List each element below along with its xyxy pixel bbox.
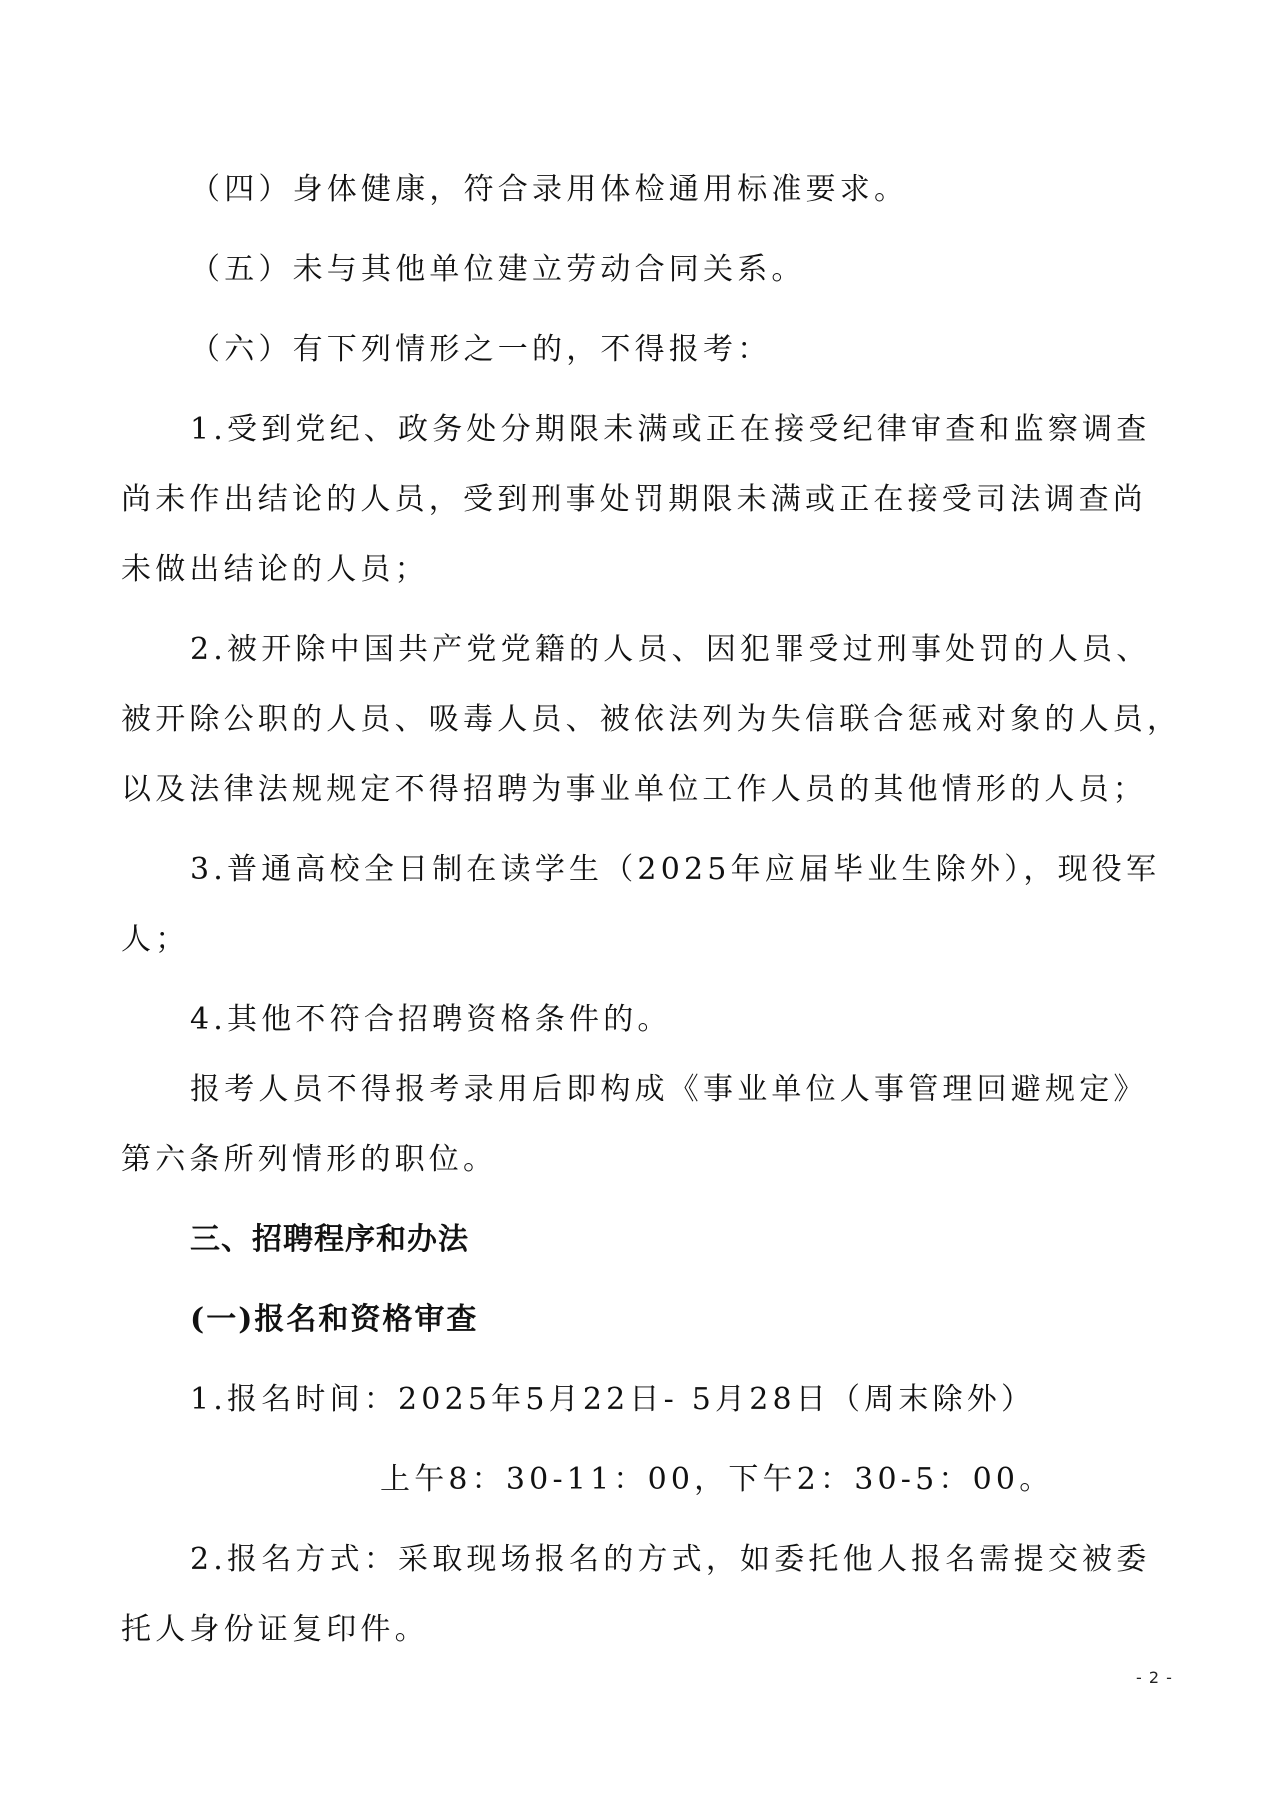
list-item-2-line-1: 2.被开除中国共产党党籍的人员、因犯罪受过刑事处罚的人员、 [190,630,1150,670]
list-item-2-line-3: 以及法律法规规定不得招聘为事业单位工作人员的其他情形的人员； [121,770,1147,810]
list-item-2-line-2: 被开除公职的人员、吸毒人员、被依法列为失信联合惩戒对象的人员， [121,700,1181,740]
registration-hours: 上午8：30-11：00，下午2：30-5：00。 [380,1460,1053,1500]
list-item-1-line-2: 尚未作出结论的人员，受到刑事处罚期限未满或正在接受司法调查尚 [121,480,1147,520]
avoidance-note-line-2: 第六条所列情形的职位。 [121,1140,497,1180]
list-item-3-line-1: 3.普通高校全日制在读学生（2025年应届毕业生除外），现役军 [190,850,1160,890]
registration-time: 1.报名时间：2025年5月22日- 5月28日（周末除外） [190,1380,1035,1420]
paragraph-item-4: （四）身体健康，符合录用体检通用标准要求。 [190,170,908,210]
registration-method-line-2: 托人身份证复印件。 [121,1610,429,1650]
page-number: - 2 - [1136,1668,1173,1687]
list-item-1-line-1: 1.受到党纪、政务处分期限未满或正在接受纪律审查和监察调查 [190,410,1150,450]
paragraph-item-6: （六）有下列情形之一的，不得报考： [190,330,771,370]
list-item-1-line-3: 未做出结论的人员； [121,550,429,590]
registration-method-line-1: 2.报名方式：采取现场报名的方式，如委托他人报名需提交被委 [190,1540,1150,1580]
section-heading: 三、招聘程序和办法 [190,1220,469,1260]
subsection-heading: (一)报名和资格审查 [190,1300,478,1340]
list-item-4: 4.其他不符合招聘资格条件的。 [190,1000,672,1040]
paragraph-item-5: （五）未与其他单位建立劳动合同关系。 [190,250,806,290]
list-item-3-line-2: 人； [121,920,189,960]
document-page: （四）身体健康，符合录用体检通用标准要求。 （五）未与其他单位建立劳动合同关系。… [0,0,1280,1812]
avoidance-note-line-1: 报考人员不得报考录用后即构成《事业单位人事管理回避规定》 [190,1070,1148,1110]
